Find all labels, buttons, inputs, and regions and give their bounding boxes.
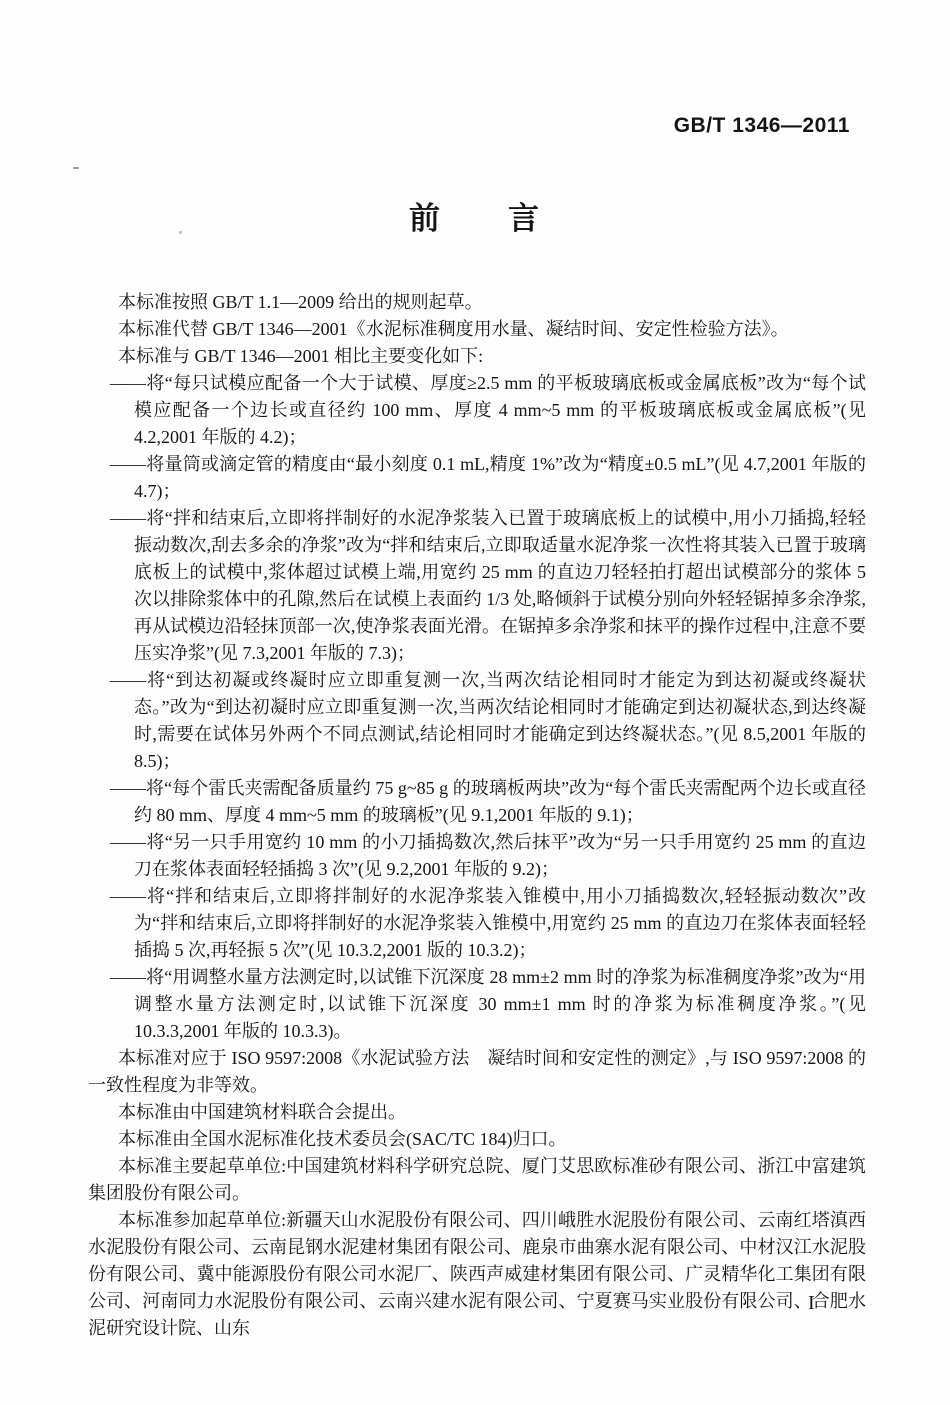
document-page: GB/T 1346—2011 前 言 本标准按照 GB/T 1.1—2009 给… [0,0,950,1405]
paragraph: 本标准对应于 ISO 9597:2008《水泥试验方法 凝结时间和安定性的测定》… [88,1045,866,1099]
paragraph: 本标准与 GB/T 1346—2001 相比主要变化如下: [88,343,866,370]
change-list-item: ——将量筒或滴定管的精度由“最小刻度 0.1 mL,精度 1%”改为“精度±0.… [88,451,866,505]
standard-code: GB/T 1346—2011 [674,114,850,138]
scan-artifact [73,167,79,169]
paragraph: 本标准由全国水泥标准化技术委员会(SAC/TC 184)归口。 [88,1126,866,1153]
paragraph: 本标准按照 GB/T 1.1—2009 给出的规则起草。 [88,289,866,316]
change-list-item: ——将“每个雷氏夹需配备质量约 75 g~85 g 的玻璃板两块”改为“每个雷氏… [88,775,866,829]
paragraph: 本标准参加起草单位:新疆天山水泥股份有限公司、四川峨胜水泥股份有限公司、云南红塔… [88,1207,866,1342]
document-body: 本标准按照 GB/T 1.1—2009 给出的规则起草。本标准代替 GB/T 1… [88,289,866,1342]
paragraph: 本标准主要起草单位:中国建筑材料科学研究总院、厦门艾思欧标准砂有限公司、浙江中富… [88,1153,866,1207]
change-list-item: ——将“拌和结束后,立即将拌制好的水泥净浆装入已置于玻璃底板上的试模中,用小刀插… [88,505,866,667]
change-list-item: ——将“用调整水量方法测定时,以试锥下沉深度 28 mm±2 mm 时的净浆为标… [88,964,866,1045]
paragraph: 本标准代替 GB/T 1346—2001《水泥标准稠度用水量、凝结时间、安定性检… [88,316,866,343]
page-number: I [808,1292,815,1315]
change-list-item: ——将“每只试模应配备一个大于试模、厚度≥2.5 mm 的平板玻璃底板或金属底板… [88,370,866,451]
page-title: 前 言 [0,201,950,237]
change-list-item: ——将“到达初凝或终凝时应立即重复测一次,当两次结论相同时才能定为到达初凝或终凝… [88,667,866,775]
change-list-item: ——将“拌和结束后,立即将拌制好的水泥净浆装入锥模中,用小刀插捣数次,轻轻振动数… [88,883,866,964]
paragraph: 本标准由中国建筑材料联合会提出。 [88,1099,866,1126]
change-list-item: ——将“另一只手用宽约 10 mm 的小刀插捣数次,然后抹平”改为“另一只手用宽… [88,829,866,883]
